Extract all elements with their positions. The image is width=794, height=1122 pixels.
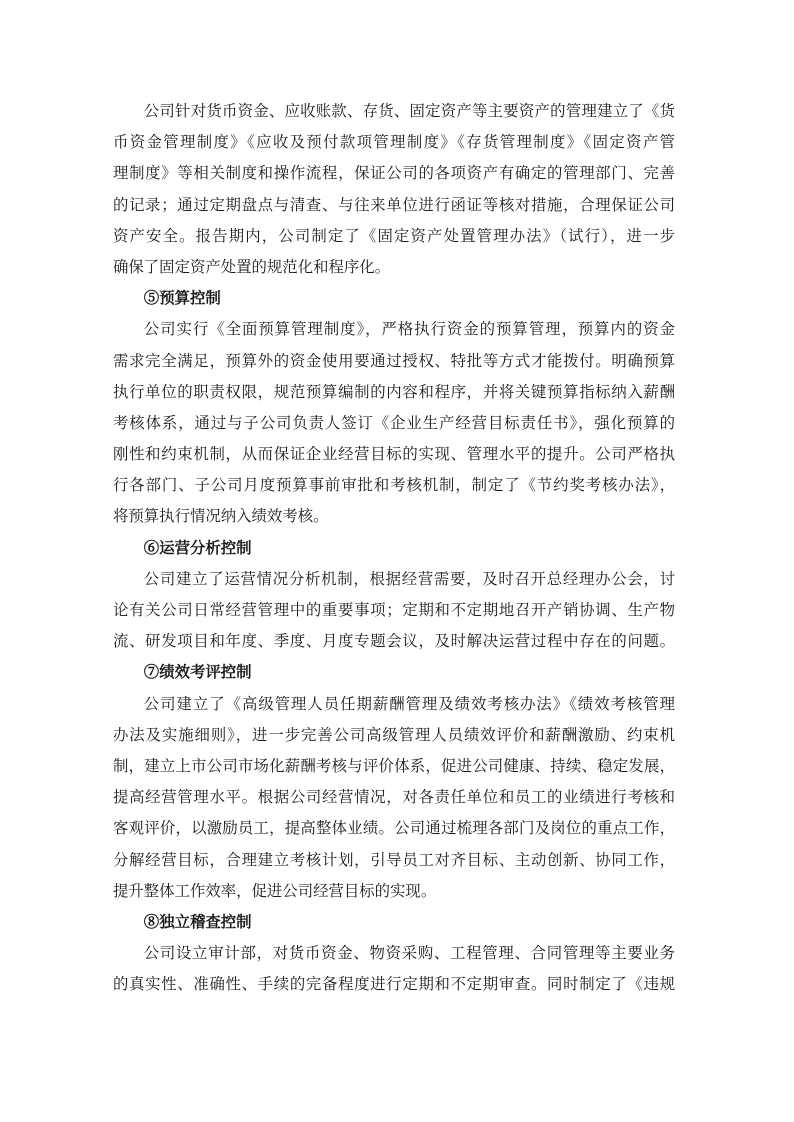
text-line: 公司设立审计部，对货币资金、物资采购、工程管理、合同管理等主要业务 — [113, 938, 675, 969]
heading-budget-control: ⑤预算控制 — [113, 283, 675, 314]
text-line: 刚性和约束机制，从而保证企业经营目标的实现、管理水平的提升。公司严格执 — [113, 439, 675, 470]
text-line: 将预算执行情况纳入绩效考核。 — [113, 501, 675, 532]
paragraph-operation-analysis: 公司建立了运营情况分析机制，根据经营需要，及时召开总经理办公会，讨 论有关公司日… — [113, 564, 675, 658]
text-line: 办法及实施细则》，进一步完善公司高级管理人员绩效评价和薪酬激励、约束机 — [113, 720, 675, 751]
text-line: 公司针对货币资金、应收账款、存货、固定资产等主要资产的管理建立了《货 — [113, 96, 675, 127]
text-line: 流、研发项目和年度、季度、月度专题会议，及时解决运营过程中存在的问题。 — [113, 626, 675, 657]
text-line: 确保了固定资产处置的规范化和程序化。 — [113, 252, 675, 283]
text-line: 提升整体工作效率，促进公司经营目标的实现。 — [113, 876, 675, 907]
heading-operation-analysis-control: ⑥运营分析控制 — [113, 533, 675, 564]
text-line: 公司建立了运营情况分析机制，根据经营需要，及时召开总经理办公会，讨 — [113, 564, 675, 595]
text-line: 公司实行《全面预算管理制度》，严格执行资金的预算管理，预算内的资金 — [113, 314, 675, 345]
text-line: 论有关公司日常经营管理中的重要事项；定期和不定期地召开产销协调、生产物 — [113, 595, 675, 626]
document-page: 公司针对货币资金、应收账款、存货、固定资产等主要资产的管理建立了《货 币资金管理… — [0, 0, 794, 1122]
text-line: 客观评价，以激励员工，提高整体业绩。公司通过梳理各部门及岗位的重点工作， — [113, 813, 675, 844]
text-line: 考核体系，通过与子公司负责人签订《企业生产经营目标责任书》，强化预算的 — [113, 408, 675, 439]
text-line: 执行单位的职责权限，规范预算编制的内容和程序，并将关键预算指标纳入薪酬 — [113, 377, 675, 408]
text-line: 理制度》等相关制度和操作流程，保证公司的各项资产有确定的管理部门、完善 — [113, 158, 675, 189]
text-line: 需求完全满足，预算外的资金使用要通过授权、特批等方式才能拨付。明确预算 — [113, 346, 675, 377]
text-line: 行各部门、子公司月度预算事前审批和考核机制，制定了《节约奖考核办法》， — [113, 470, 675, 501]
text-line: 分解经营目标，合理建立考核计划，引导员工对齐目标、主动创新、协同工作， — [113, 845, 675, 876]
heading-independent-audit-control: ⑧独立稽查控制 — [113, 907, 675, 938]
paragraph-performance-evaluation: 公司建立了《高级管理人员任期薪酬管理及绩效考核办法》《绩效考核管理 办法及实施细… — [113, 689, 675, 907]
text-line: 的真实性、准确性、手续的完备程度进行定期和不定期审查。同时制定了《违规 — [113, 969, 675, 1000]
heading-performance-evaluation-control: ⑦绩效考评控制 — [113, 657, 675, 688]
text-line: 的记录；通过定期盘点与清查、与往来单位进行函证等核对措施，合理保证公司 — [113, 190, 675, 221]
text-line: 公司建立了《高级管理人员任期薪酬管理及绩效考核办法》《绩效考核管理 — [113, 689, 675, 720]
paragraph-budget-control: 公司实行《全面预算管理制度》，严格执行资金的预算管理，预算内的资金 需求完全满足… — [113, 314, 675, 532]
text-line: 制，建立上市公司市场化薪酬考核与评价体系，促进公司健康、持续、稳定发展， — [113, 751, 675, 782]
paragraph-asset-management-continued: 公司针对货币资金、应收账款、存货、固定资产等主要资产的管理建立了《货 币资金管理… — [113, 96, 675, 283]
text-line: 币资金管理制度》《应收及预付款项管理制度》《存货管理制度》《固定资产管 — [113, 127, 675, 158]
text-line: 资产安全。报告期内，公司制定了《固定资产处置管理办法》（试行），进一步 — [113, 221, 675, 252]
text-line: 提高经营管理水平。根据公司经营情况，对各责任单位和员工的业绩进行考核和 — [113, 782, 675, 813]
paragraph-independent-audit: 公司设立审计部，对货币资金、物资采购、工程管理、合同管理等主要业务 的真实性、准… — [113, 938, 675, 1000]
